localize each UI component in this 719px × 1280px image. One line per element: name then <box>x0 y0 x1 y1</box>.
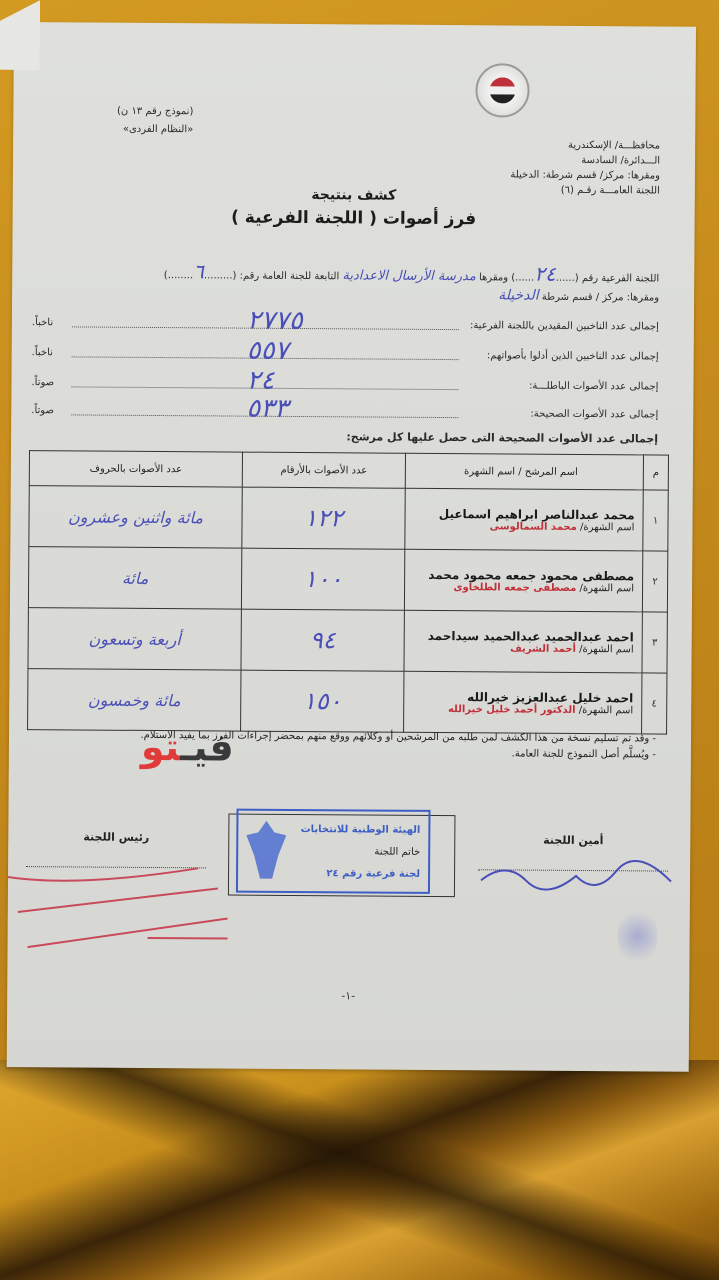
votes-words: مائة وخمسون <box>28 669 241 731</box>
candidate-alias: مصطفى جمعه الطلخاوى <box>453 582 576 594</box>
note-original-delivered: - ويُسلَّم أصل النموذج للجنة العامة. <box>16 743 656 763</box>
candidate-alias: محمد السمالوسى <box>490 521 577 533</box>
candidate-alias: الدكتور أحمد خليل خيرالله <box>448 704 576 716</box>
invalid-votes-value: ٢٤ <box>246 366 274 396</box>
electoral-system: «النظام الفردى» <box>33 120 193 139</box>
header-votes-words: عدد الأصوات بالحروف <box>29 451 242 487</box>
votes-digits: ١٥٠ <box>241 670 404 732</box>
header-index: م <box>643 455 668 490</box>
votes-digits: ٩٤ <box>241 609 404 671</box>
subcommittee-number: ٢٤ <box>534 262 556 286</box>
total-voted-value: ٥٥٧ <box>247 336 289 366</box>
delivery-notes: - وقد تم تسليم نسخة من هذا الكشف لمن طلب… <box>16 727 656 763</box>
shadow <box>0 1060 719 1280</box>
page-number: -١- <box>7 987 689 1005</box>
candidate-alias: أحمد الشريف <box>510 643 576 654</box>
votes-digits: ١٠٠ <box>241 548 404 610</box>
subcommittee-line: اللجنة الفرعية رقم (......٢٤......) ومقر… <box>164 259 660 286</box>
votes-words: أربعة وتسعون <box>28 608 241 670</box>
header-candidate: اسم المرشح / اسم الشهرة <box>405 453 643 490</box>
blue-signature-scribble <box>476 855 676 901</box>
votes-words: مائة واثنين وعشرون <box>29 486 242 548</box>
table-caption: إجمالى عدد الأصوات الصحيحة التى حصل عليه… <box>346 430 658 445</box>
form-id-block: (نموذج رقم ١٣ ن) «النظام الفردى» <box>33 102 193 139</box>
header-votes-digits: عدد الأصوات بالأرقام <box>242 452 405 488</box>
subcommittee-location: مدرسة الأرسال الاعدادية <box>342 268 475 284</box>
red-signature-scribble <box>0 857 228 959</box>
general-committee-number: ٦ <box>193 259 204 283</box>
candidate-name: احمد عبدالحميد عبدالحميد سيداحمد <box>406 628 634 644</box>
election-result-form: (نموذج رقم ١٣ ن) «النظام الفردى» محافظــ… <box>7 22 696 1072</box>
invalid-votes-row: إجمالى عدد الأصوات الباطلـــة: ٢٤ صوتاً. <box>31 374 658 398</box>
form-title-line1: كشف بنتيجة <box>13 185 695 206</box>
police-station: الدخيلة <box>498 287 539 303</box>
total-voted-row: إجمالى عدد الناخبين الذين أدلوا بأصواتهم… <box>32 344 659 368</box>
valid-votes-value: ٥٣٣ <box>246 394 288 424</box>
total-registered-value: ٢٧٧٥ <box>247 306 303 336</box>
table-row: ٣ احمد عبدالحميد عبدالحميد سيداحمد اسم ا… <box>28 608 667 673</box>
form-title-line2: فرز أصوات ( اللجنة الفرعية ) <box>13 206 695 231</box>
total-registered-row: إجمالى عدد الناخبين المقيدين باللجنة الف… <box>32 314 659 338</box>
votes-digits: ١٢٢ <box>242 487 405 549</box>
committee-stamp: الهيئة الوطنية للانتخابات خاتم اللجنة لج… <box>236 809 431 894</box>
valid-votes-row: إجمالى عدد الأصوات الصحيحة: ٥٣٣ صوتاً. <box>31 402 658 426</box>
table-row: ٢ مصطفى محمود جمعه محمود محمد اسم الشهرة… <box>28 547 667 612</box>
candidate-name: مصطفى محمود جمعه محمود محمد <box>406 567 634 583</box>
candidate-name: محمد عبدالناصر ابراهيم اسماعيل <box>407 506 635 522</box>
ink-smudge <box>617 906 657 966</box>
votes-words: مائة <box>28 547 241 609</box>
eagle-emblem-icon <box>246 821 286 879</box>
table-row: ٤ احمد خليل عبدالعزيز خيرالله اسم الشهرة… <box>28 669 667 734</box>
national-election-authority-logo-icon <box>475 63 529 117</box>
table-header-row: م اسم المرشح / اسم الشهرة عدد الأصوات با… <box>29 451 668 490</box>
form-number: (نموذج رقم ١٣ ن) <box>33 102 193 121</box>
police-station-line: ومقرها: مركز / قسم شرطة الدخيلة <box>498 287 659 304</box>
candidate-votes-table: م اسم المرشح / اسم الشهرة عدد الأصوات با… <box>27 450 669 734</box>
table-row: ١ محمد عبدالناصر ابراهيم اسماعيل اسم الش… <box>29 486 668 551</box>
paper-fold <box>0 0 40 70</box>
